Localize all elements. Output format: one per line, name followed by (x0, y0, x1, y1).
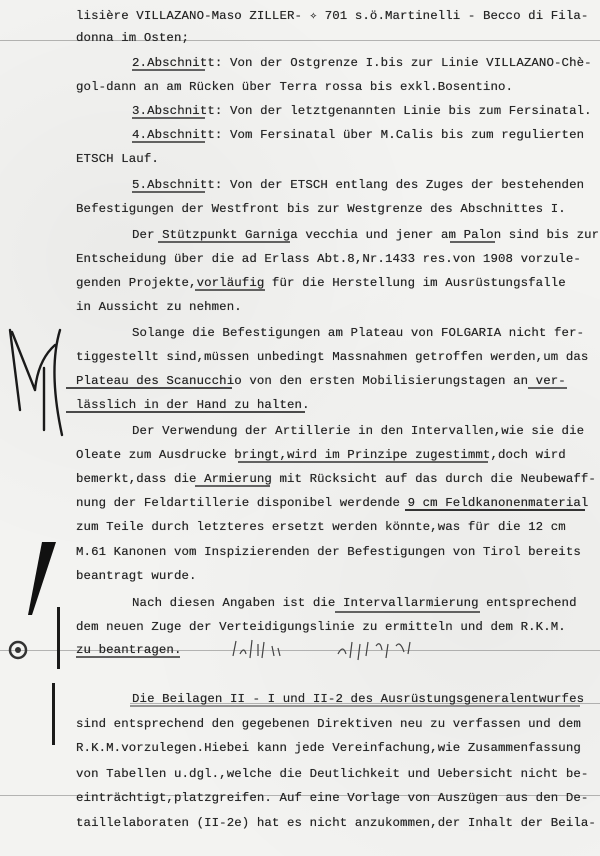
scanned-document-page: lisière VILLAZANO-Maso ZILLER- ✧ 701 s.ö… (0, 0, 600, 856)
margin-initials-mark (0, 310, 70, 440)
margin-vertical-bar (57, 607, 60, 669)
underline-marks (0, 0, 600, 856)
margin-circle-mark (4, 636, 34, 666)
margin-exclamation-mark (18, 540, 58, 630)
handwritten-annotation (228, 636, 448, 666)
margin-vertical-bar (52, 683, 55, 745)
